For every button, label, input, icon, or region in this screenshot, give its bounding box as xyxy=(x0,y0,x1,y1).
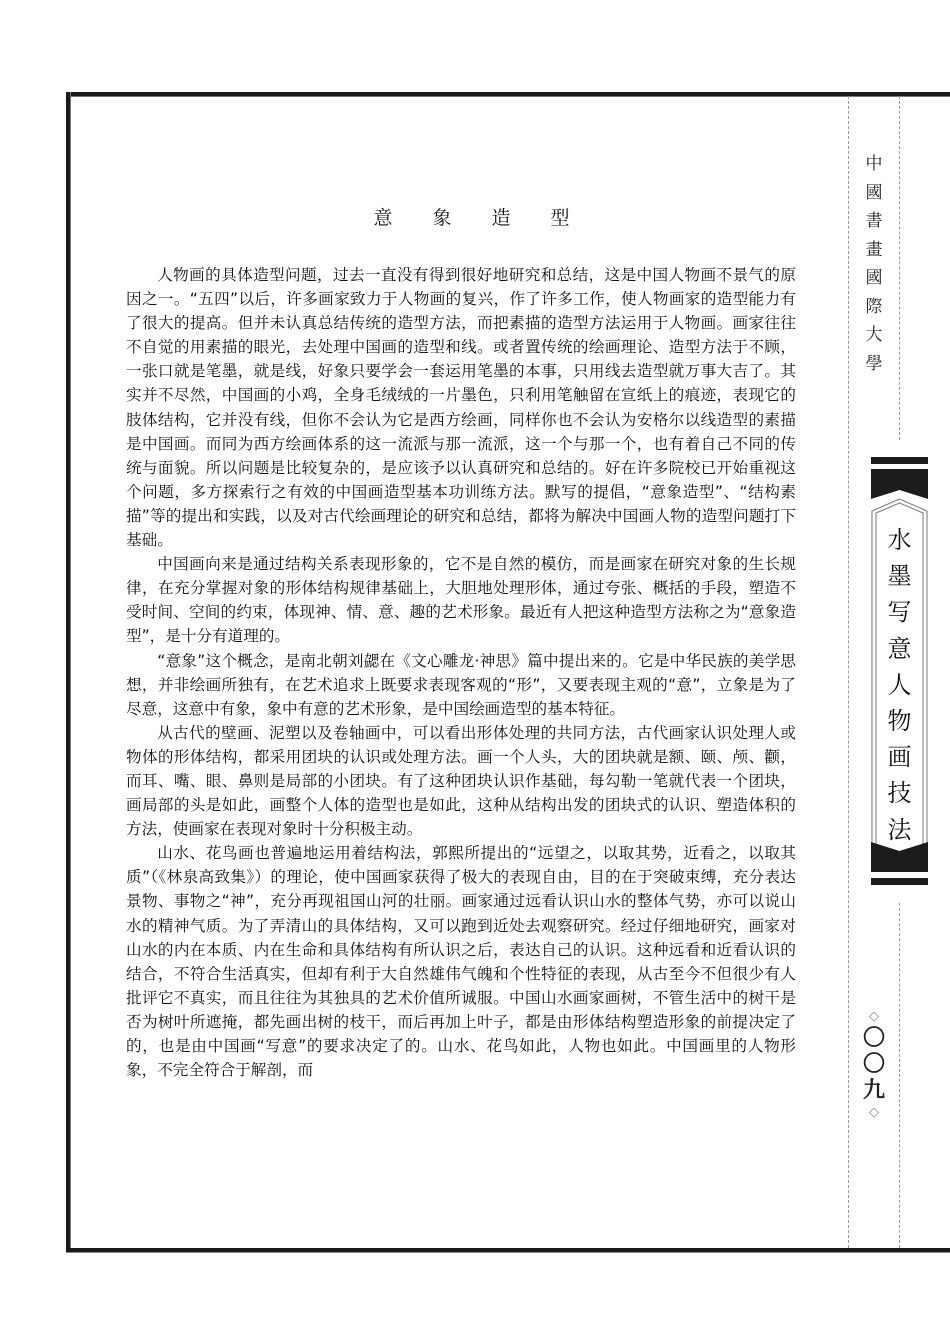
book-title-char: 人 xyxy=(870,667,929,703)
book-title-char: 写 xyxy=(870,594,929,630)
book-title-char: 画 xyxy=(870,739,929,775)
paragraph: “意象”这个概念，是南北朝刘勰在《文心雕龙·神思》篇中提出来的。它是中华民族的美… xyxy=(126,649,796,721)
book-title-vertical: 水 墨 写 意 人 物 画 技 法 xyxy=(870,522,929,848)
school-name-vertical: 中 國 書 畫 國 際 大 學 xyxy=(860,150,888,378)
paragraph: 从古代的壁画、泥塑以及卷轴画中，可以看出形体处理的共同方法，古代画家认识处理人或… xyxy=(126,721,796,841)
paragraph: 人物画的具体造型问题，过去一直没有得到很好地研究和总结，这是中国人物画不景气的原… xyxy=(126,263,796,552)
school-name-char: 際 xyxy=(860,293,888,322)
page-digit: 〇 xyxy=(860,1052,888,1078)
diamond-ornament-icon: ◇ xyxy=(860,1104,888,1122)
book-title-char: 法 xyxy=(870,812,929,848)
banner-top-bar xyxy=(871,457,928,464)
school-name-char: 國 xyxy=(860,264,888,293)
body-text: 人物画的具体造型问题，过去一直没有得到很好地研究和总结，这是中国人物画不景气的原… xyxy=(126,263,796,1082)
frame-top-border xyxy=(66,92,950,97)
page-title: 意 象 造 型 xyxy=(140,203,820,230)
page-digit: 〇 xyxy=(860,1026,888,1052)
book-title-char: 水 xyxy=(870,522,929,558)
sidebar-inner-rule-top xyxy=(899,96,901,440)
page-digit: 九 xyxy=(860,1078,888,1104)
book-title-char: 墨 xyxy=(870,558,929,594)
page-number: ◇ 〇 〇 九 ◇ xyxy=(860,1008,888,1122)
book-title-char: 技 xyxy=(870,775,929,811)
school-name-char: 國 xyxy=(860,179,888,208)
banner-top-cap xyxy=(871,469,928,499)
school-name-char: 學 xyxy=(860,350,888,379)
sidebar-outer-rule xyxy=(848,96,850,1248)
book-title-char: 意 xyxy=(870,631,929,667)
school-name-char: 中 xyxy=(860,150,888,179)
frame-left-border xyxy=(66,92,71,1250)
banner-bottom-bar xyxy=(871,878,928,885)
book-title-char: 物 xyxy=(870,703,929,739)
school-name-char: 書 xyxy=(860,207,888,236)
paragraph: 中国画向来是通过结构关系表现形象的，它不是自然的模仿，而是画家在研究对象的生长规… xyxy=(126,552,796,648)
school-name-char: 畫 xyxy=(860,236,888,265)
sidebar-inner-rule-bottom xyxy=(899,903,901,1248)
frame-bottom-border xyxy=(66,1248,950,1253)
school-name-char: 大 xyxy=(860,321,888,350)
diamond-ornament-icon: ◇ xyxy=(860,1008,888,1026)
paragraph: 山水、花鸟画也普遍地运用着结构法，郭熙所提出的“远望之，以取其势，近看之，以取其… xyxy=(126,841,796,1082)
